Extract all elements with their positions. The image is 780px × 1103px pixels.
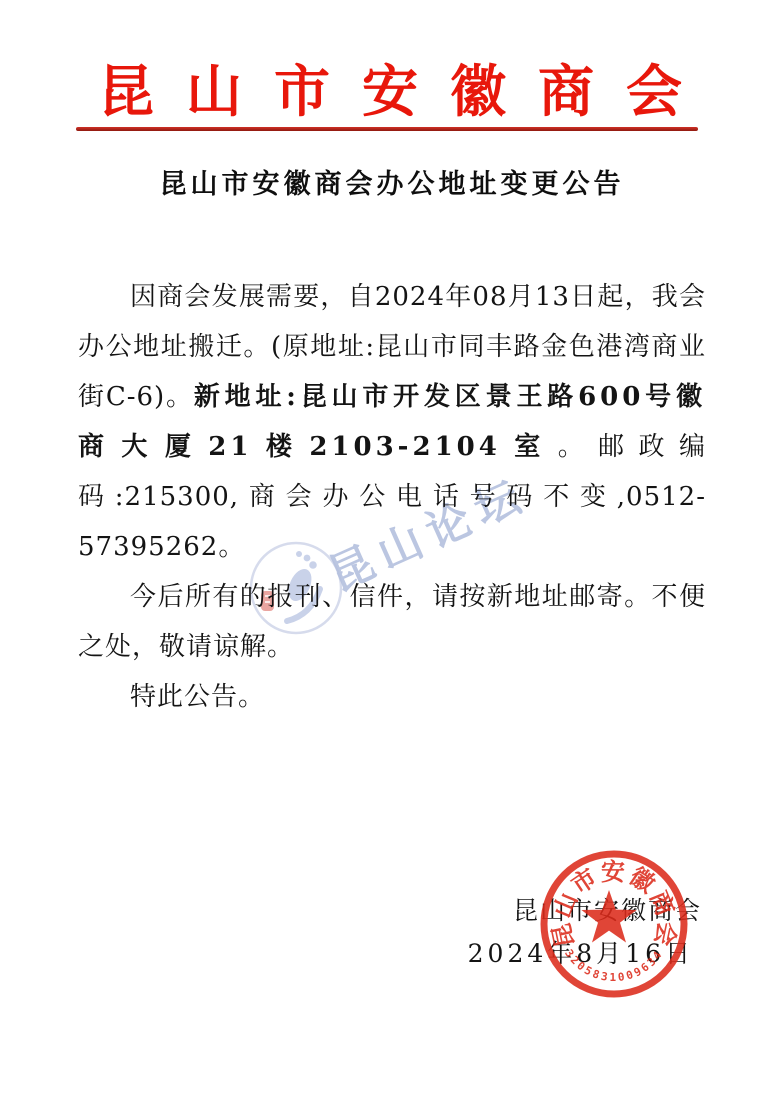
paragraph-address-change: 因商会发展需要，自2024年08月13日起，我会办公地址搬迁。(原地址:昆山市同… bbox=[78, 272, 706, 572]
paragraph-closing: 特此公告。 bbox=[78, 672, 706, 722]
announcement-page: 昆山论坛 昆山市安徽商会 昆山市安徽商会办公地址变更公告 因商会发展需要，自20… bbox=[0, 0, 780, 1103]
seal-serial-number: 3205831009634 bbox=[562, 947, 666, 984]
seal-star-icon bbox=[581, 890, 636, 943]
official-seal-stamp: 昆山市安徽商会 3205831009634 bbox=[536, 846, 692, 1002]
letterhead-org-name: 昆山市安徽商会 bbox=[0, 48, 780, 128]
letterhead-divider bbox=[76, 127, 698, 131]
document-title: 昆山市安徽商会办公地址变更公告 bbox=[0, 162, 780, 201]
paragraph-mail-notice: 今后所有的报刊、信件，请按新地址邮寄。不便之处，敬请谅解。 bbox=[78, 572, 706, 672]
document-body: 因商会发展需要，自2024年08月13日起，我会办公地址搬迁。(原地址:昆山市同… bbox=[78, 272, 706, 722]
